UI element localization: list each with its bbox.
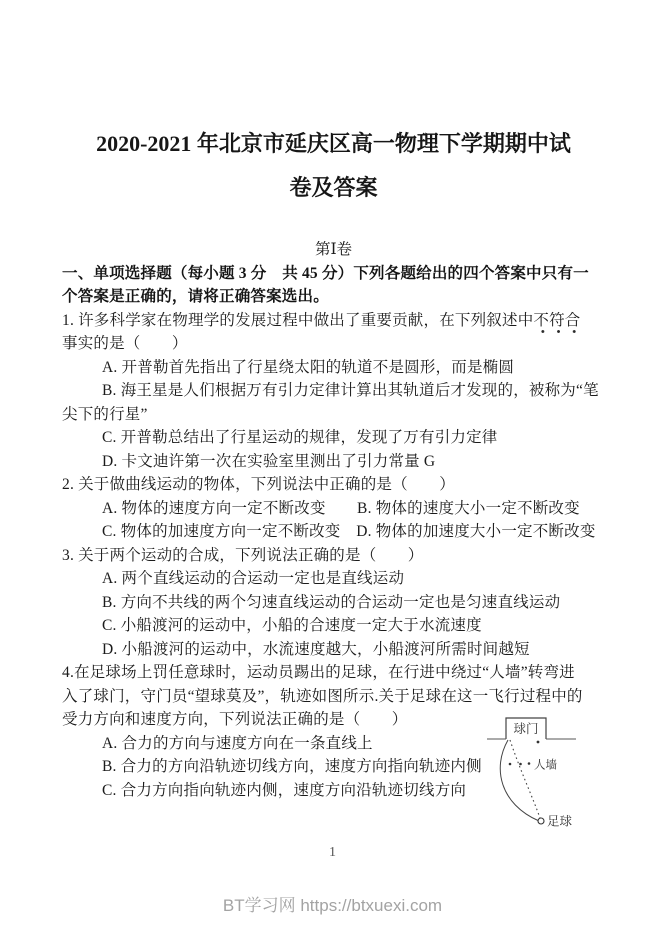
question-4-stem-line-1: 4.在足球场上罚任意球时，运动员踢出的足球，在行进中绕过“人墙”转弯进 [62,661,605,685]
question-3-stem: 3. 关于两个运动的合成，下列说法正确的是（ ） [62,544,605,568]
question-1-option-d: D. 卡文迪许第一次在实验室里测出了引力常量 G [62,450,605,474]
section-intro-line-2: 个答案是正确的，请将正确答案选出。 [62,285,605,309]
question-3-option-a: A. 两个直线运动的合运动一定也是直线运动 [62,567,605,591]
section-label: 第Ⅰ卷 [62,238,605,262]
wall-player-dot [528,762,531,765]
ball-label: 足球 [547,814,573,829]
question-1-option-c: C. 开普勒总结出了行星运动的规律，发现了万有引力定律 [62,426,605,450]
page-title: 2020-2021 年北京市延庆区高一物理下学期期中试 卷及答案 [62,122,605,210]
trajectory-figure: 球门 人墙 足球 [486,712,665,842]
question-2-options-cd: C. 物体的加速度方向一定不断改变 D. 物体的加速度大小一定不断改变 [62,520,605,544]
exam-document-page: { "document": { "title_line1": "2020-202… [0,0,665,945]
wall-player-dot [519,763,522,766]
wall-label: 人墙 [534,758,557,772]
goal-label: 球门 [513,721,538,736]
question-3-option-c: C. 小船渡河的运动中，小船的合速度一定大于水流速度 [62,614,605,638]
question-4-stem-line-2: 入了球门，守门员“望球莫及”，轨迹如图所示.关于足球在这一飞行过程中的 [62,685,605,709]
footer-watermark: BT学习网 https://btxuexi.com [0,891,665,916]
question-1-stem-line-1: 1. 许多科学家在物理学的发展过程中做出了重要贡献，在下列叙述中不符合 [62,309,605,333]
question-1-stem-text: 1. 许多科学家在物理学的发展过程中做出了重要贡献，在下列叙述中 [62,312,533,329]
page-content: 2020-2021 年北京市延庆区高一物理下学期期中试 卷及答案 第Ⅰ卷 一、单… [62,122,605,802]
section-intro-line-1: 一、单项选择题（每小题 3 分 共 45 分）下列各题给出的四个答案中只有一 [62,262,605,286]
trajectory-solid-curve [500,740,539,821]
trajectory-dotted-curve [510,740,540,818]
wall-player-dot [509,763,512,766]
question-2-stem: 2. 关于做曲线运动的物体，下列说法中正确的是（ ） [62,473,605,497]
question-1-option-a: A. 开普勒首先指出了行星绕太阳的轨道不是圆形，而是椭圆 [62,356,605,380]
question-1-option-b-line-1: B. 海王星是人们根据万有引力定律计算出其轨道后才发现的，被称为“笔 [62,379,605,403]
question-1-stem-line-2: 事实的是（ ） [62,332,605,356]
title-line-2: 卷及答案 [62,166,605,210]
question-1-emphasized-text: 不符合 [533,312,580,334]
goal-point-dot [537,741,540,744]
question-3-option-b: B. 方向不共线的两个匀速直线运动的合运动一定也是匀速直线运动 [62,591,605,615]
question-2-options-ab: A. 物体的速度方向一定不断改变 B. 物体的速度大小一定不断改变 [62,497,605,521]
question-1-option-b-line-2: 尖下的行星” [62,403,605,427]
soccer-ball-icon [538,818,544,824]
soccer-trajectory-diagram: 球门 人墙 足球 [486,712,665,842]
page-number: 1 [0,845,665,861]
question-3-option-d: D. 小船渡河的运动中，水流速度越大，小船渡河所需时间越短 [62,638,605,662]
title-line-1: 2020-2021 年北京市延庆区高一物理下学期期中试 [62,122,605,166]
